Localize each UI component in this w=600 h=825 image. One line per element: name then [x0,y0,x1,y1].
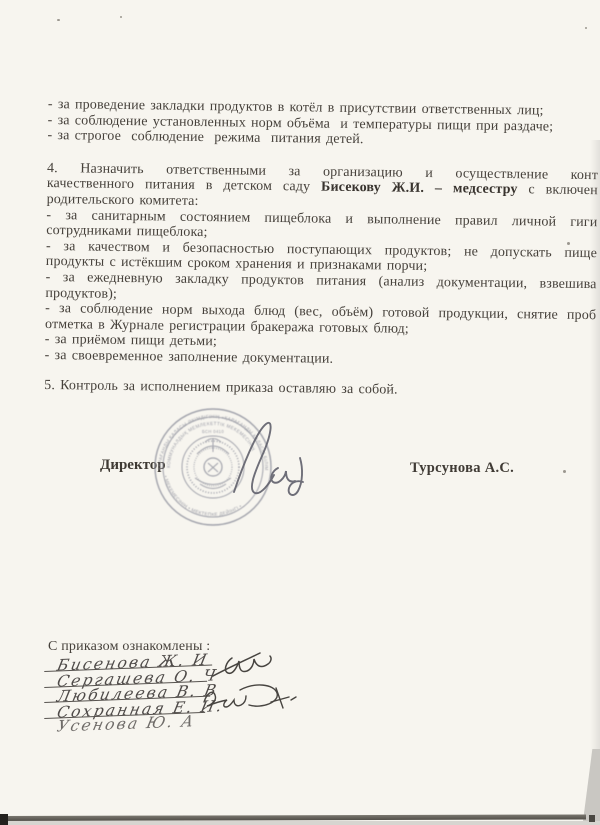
scan-bottom-strip [0,821,600,825]
text-segment: Бисекову Ж.И. – медсестру [321,180,518,198]
scan-corner-mark-right [589,815,595,822]
scan-speck [585,27,587,29]
scanned-page: - за проведение закладки продуктов в кот… [0,0,600,825]
order-item-5: 5. Контроль за исполнением приказа остав… [44,377,595,400]
scan-speck [57,19,60,21]
ack-signature-2 [198,680,298,716]
ack-signature-1 [208,646,274,680]
text-segment: - за приёмом пищи детьми; [45,332,217,349]
text-segment: сотрудниками пищеблока; [46,223,208,240]
text-segment: - за строгое соблюдение режима питания д… [47,128,363,147]
text-segment: продуктов); [45,286,117,302]
text-line: 5. Контроль за исполнением приказа остав… [44,377,595,400]
document-body: - за проведение закладки продуктов в кот… [44,97,599,417]
scan-speck [120,16,122,18]
text-segment: с включен [517,183,597,199]
scan-corner-mark-left [0,814,8,825]
text-segment: - за своевременное заполнение документац… [45,348,334,367]
scan-edge-shadow [590,140,600,780]
acknowledgement-list: Бисенова Ж. ИСергашева О. ЧЛюбилеева В. … [44,657,224,747]
director-name: Турсунова А.С. [410,460,514,477]
scan-corner-background [583,749,600,821]
director-signature [212,398,332,513]
scan-speck [567,242,570,245]
order-item-4: 4. Назначить ответственными за организац… [45,161,599,371]
duties-list: - за проведение закладки продуктов в кот… [47,97,599,151]
scan-speck [563,470,566,473]
text-segment: родительского комитета: [47,192,199,209]
